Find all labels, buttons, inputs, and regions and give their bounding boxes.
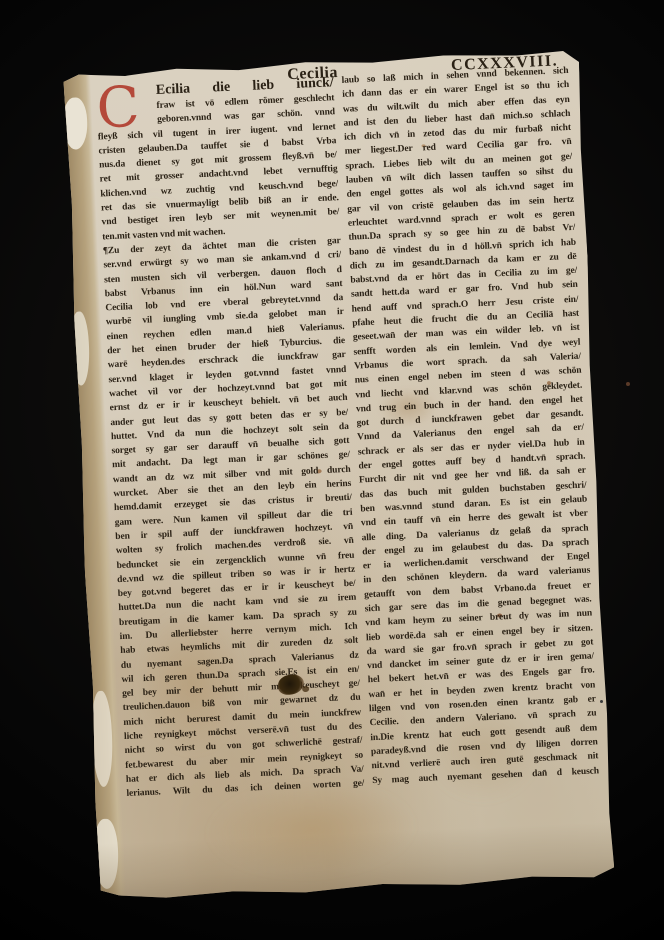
paper-damage-patch [90, 691, 114, 788]
right-column: laub so laß mich in sehen vnnd bekennen.… [341, 64, 599, 791]
paragraph: laub so laß mich in sehen vnnd bekennen.… [341, 64, 599, 788]
paragraph: ¶Zu der zeyt da ächtet man die cristen g… [103, 234, 365, 801]
dust-speck [626, 382, 630, 386]
left-column: C Ecilia die lieb iunck/ fraw ist vō edl… [96, 74, 365, 801]
paper-damage-patch [62, 97, 88, 150]
paper-damage-patch [93, 818, 120, 889]
text-block: C Ecilia die lieb iunck/ fraw ist vō edl… [96, 64, 600, 801]
manuscript-page: Cecilia CCXXXVIII. C Ecilia die lieb iun… [63, 49, 615, 902]
photo-of-incunabulum-page: { "scene": { "background": "#060606", "p… [0, 0, 664, 940]
rubricated-initial: C [96, 84, 154, 129]
dust-speck [600, 700, 603, 703]
paper-damage-patch [69, 311, 90, 386]
